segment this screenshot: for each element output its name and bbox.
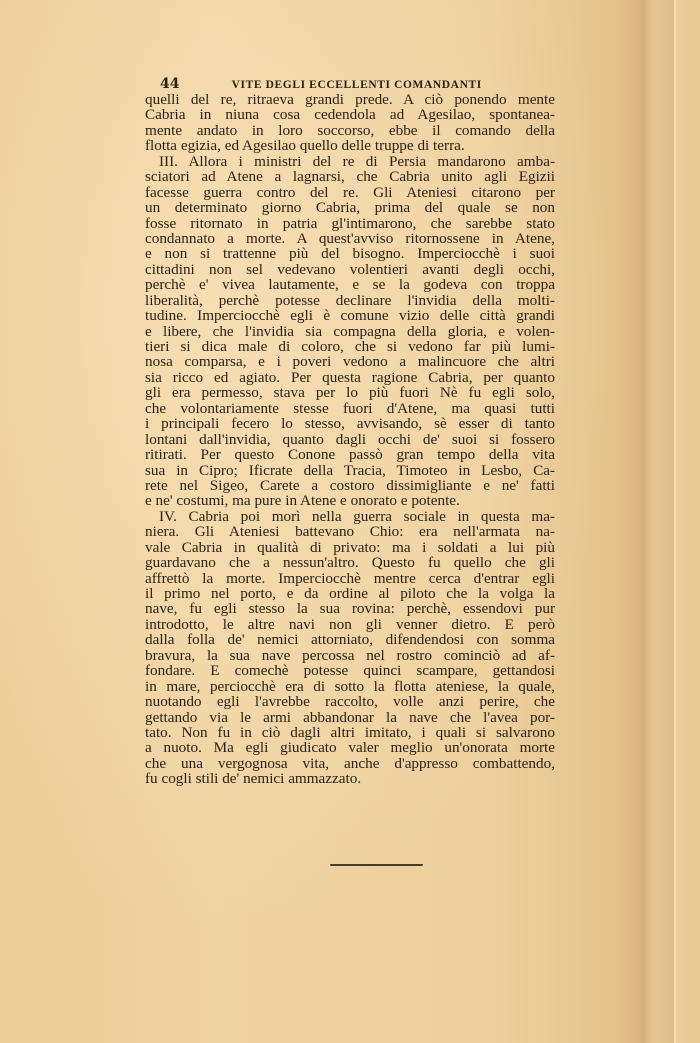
text-line: guardavano che a nessun'altro. Questo fu… — [145, 555, 555, 570]
text-line: sua in Cipro; Ificrate della Tracia, Tim… — [145, 463, 555, 478]
text-line: sciatori ad Atene a lagnarsi, che Cabria… — [145, 169, 555, 184]
text-line: fu cogli stili de' nemici ammazzato. — [145, 771, 555, 786]
end-rule-divider — [330, 864, 423, 866]
page-fold-shadow — [640, 0, 674, 1043]
text-line: fosse ritornato in patria gl'intimarono,… — [145, 216, 555, 231]
text-line: niera. Gli Ateniesi battevano Chio: era … — [145, 524, 555, 539]
text-line: introdotto, le altre navi non gli venner… — [145, 617, 555, 632]
page-header: 44 VITE DEGLI ECCELLENTI COMANDANTI — [160, 76, 544, 92]
section-iv-start: IV. Cabria poi morì nella guerra sociale… — [145, 509, 555, 524]
text-line: Cabria in niuna cosa cedendola ad Agesil… — [145, 107, 555, 122]
text-line: dalla folla de' nemici attorniato, difen… — [145, 632, 555, 647]
text-line: mente andato in loro soccorso, ebbe il c… — [145, 123, 555, 138]
text-line: il primo nel porto, e da ordine al pilot… — [145, 586, 555, 601]
text-line: che volontariamente stesse fuori d'Atene… — [145, 401, 555, 416]
text-line: flotta egizia, ed Agesilao quello delle … — [145, 138, 555, 153]
text-line: gli era permesso, stava per lo più fuori… — [145, 385, 555, 400]
book-page: 44 VITE DEGLI ECCELLENTI COMANDANTI quel… — [0, 0, 700, 1043]
text-line: nuotando egli l'avrebbe raccolto, volle … — [145, 694, 555, 709]
page-fold-line — [674, 0, 676, 1043]
text-line: bravura, la sua nave percossa nel rostro… — [145, 648, 555, 663]
text-line: vale Cabria in qualità di privato: ma i … — [145, 540, 555, 555]
text-line: e non si trattenne più del bisogno. Impe… — [145, 246, 555, 261]
page-number: 44 — [160, 76, 179, 92]
text-line: i principali fecero lo stesso, avvisando… — [145, 416, 555, 431]
text-line: cittadini non sel vedevano volentieri av… — [145, 262, 555, 277]
text-line: tudine. Imperciocchè egli è comune vizio… — [145, 308, 555, 323]
section-iii-start: III. Allora i ministri del re di Persia … — [145, 154, 555, 169]
text-line: perchè e' vivea lautamente, e se la gode… — [145, 277, 555, 292]
text-line: sia ricco ed agiato. Per questa ragione … — [145, 370, 555, 385]
text-line: tieri si dica male di coloro, che si ved… — [145, 339, 555, 354]
text-line: quelli del re, ritraeva grandi prede. A … — [145, 92, 555, 107]
running-head: VITE DEGLI ECCELLENTI COMANDANTI — [232, 79, 482, 91]
body-text: quelli del re, ritraeva grandi prede. A … — [145, 92, 555, 787]
text-line: facesse guerra contro del re. Gli Atenie… — [145, 185, 555, 200]
text-line: condannato a morte. A quest'avviso ritor… — [145, 231, 555, 246]
text-line: tato. Non fu in ciò dagli altri imitato,… — [145, 725, 555, 740]
text-line: fondare. E comechè potesse quinci scampa… — [145, 663, 555, 678]
text-line: affrettò la morte. Imperciocchè mentre c… — [145, 571, 555, 586]
text-line: nosa comparsa, e i poveri vedono a malin… — [145, 354, 555, 369]
text-line: ritirati. Per questo Conone passò gran t… — [145, 447, 555, 462]
text-line: gettando via le armi abbandonar la nave … — [145, 710, 555, 725]
text-line: e libere, che l'invidia sia compagna del… — [145, 324, 555, 339]
text-line: un determinato giorno Cabria, prima del … — [145, 200, 555, 215]
text-line: che una vergognosa vita, anche d'appress… — [145, 756, 555, 771]
text-line: e ne' costumi, ma pure in Atene e onorat… — [145, 493, 555, 508]
text-line: nave, fu egli stesso la sua rovina: perc… — [145, 601, 555, 616]
text-line: lontani dall'invidia, quanto dagli occhi… — [145, 432, 555, 447]
text-line: in mare, perciocchè era di sotto la flot… — [145, 679, 555, 694]
text-line: liberalità, perchè potesse declinare l'i… — [145, 293, 555, 308]
text-line: rete nel Sigeo, Carete a costoro dissimi… — [145, 478, 555, 493]
text-line: a nuoto. Ma egli giudicato valer meglio … — [145, 740, 555, 755]
